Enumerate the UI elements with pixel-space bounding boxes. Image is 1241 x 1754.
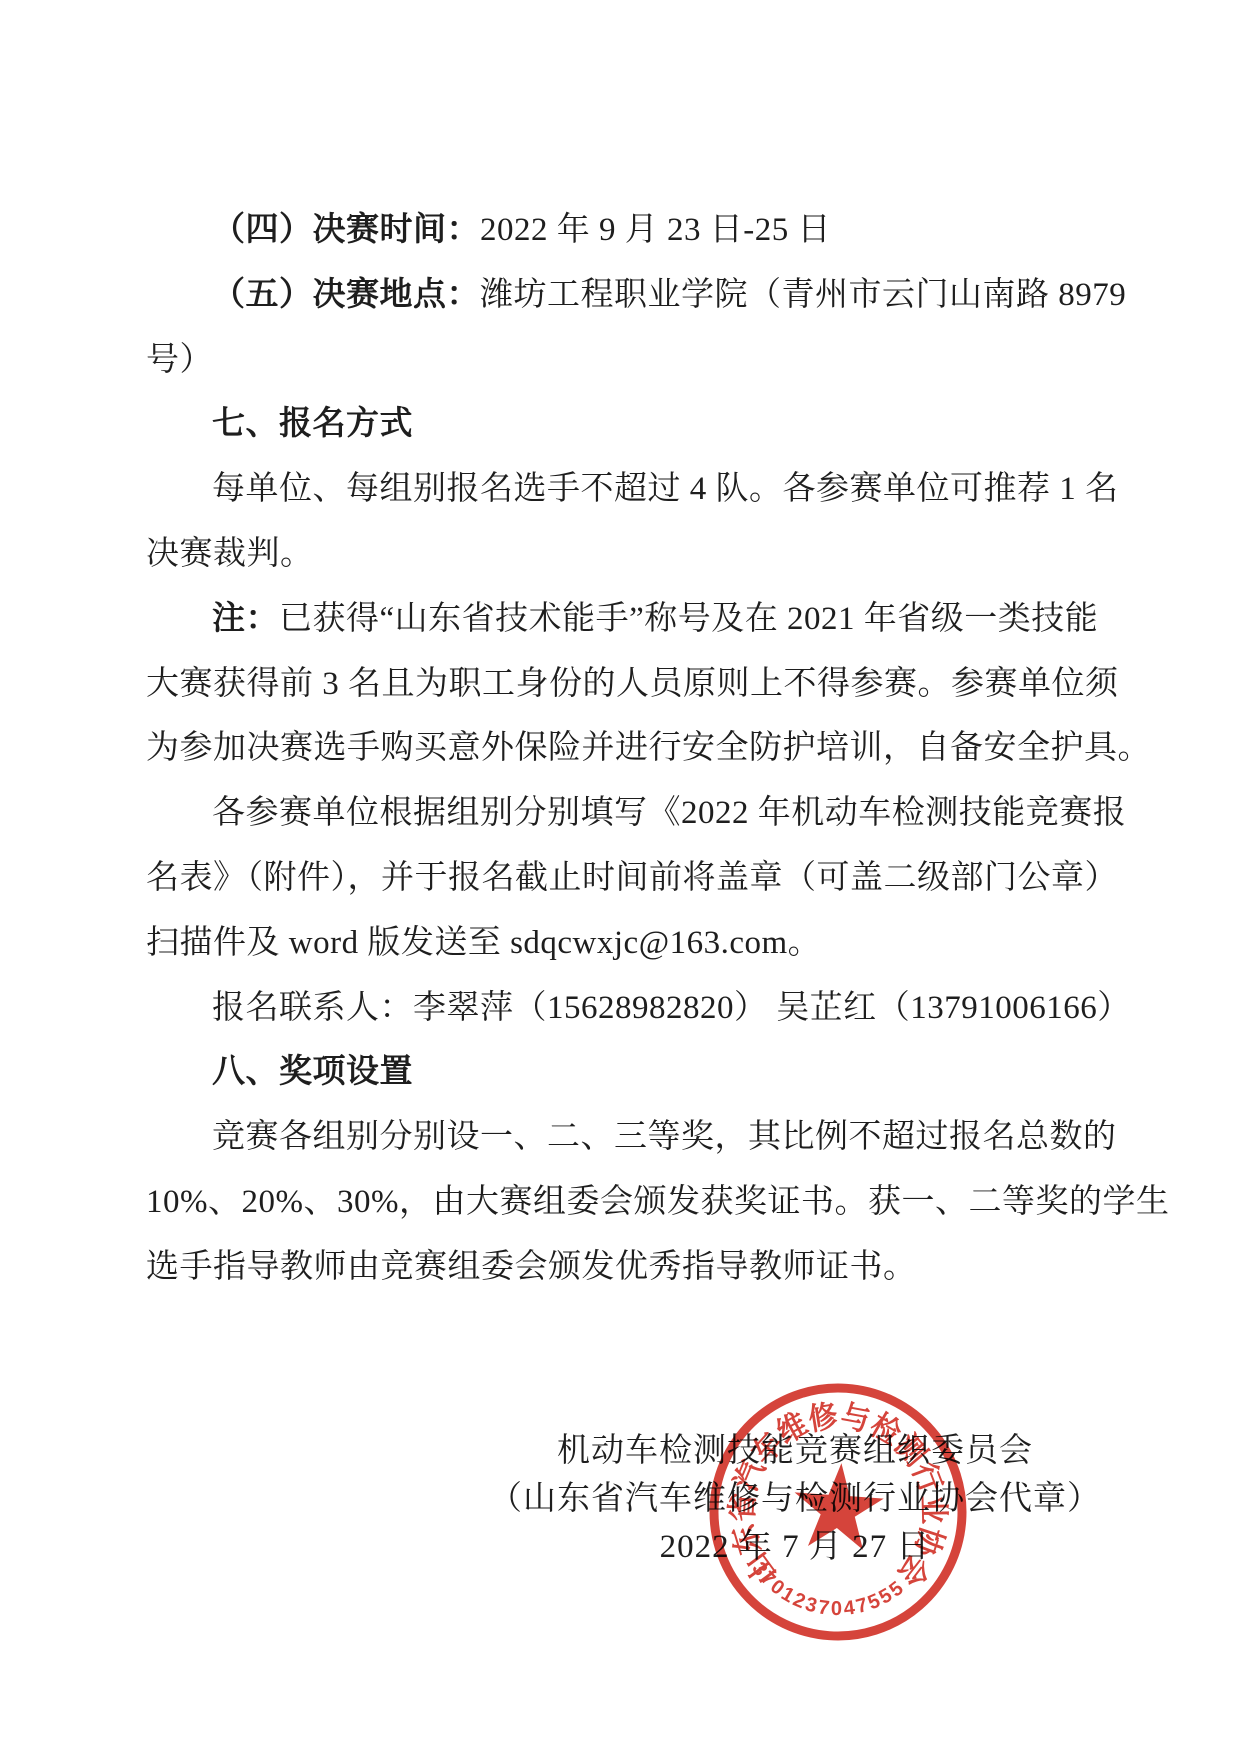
line-text: 已获得“山东省技术能手”称号及在 2021 年省级一类技能 <box>279 601 1098 637</box>
document-body: （四）决赛时间：2022 年 9 月 23 日-25 日 （五）决赛地点：潍坊工… <box>146 198 1106 1300</box>
line-text: 号） <box>146 342 213 378</box>
heading-text: 七、报名方式 <box>212 406 413 442</box>
text-line: 选手指导教师由竞赛组委会颁发优秀指导教师证书。 <box>146 1235 1106 1300</box>
official-seal: 山东省汽车维修与检测行业协会 3701237047555 <box>691 1365 986 1660</box>
text-line: 报名联系人：李翠萍（15628982820） 吴芷红（13791006166） <box>146 976 1106 1041</box>
line-text: 为参加决赛选手购买意外保险并进行安全防护培训，自备安全护具。 <box>146 730 1151 766</box>
line-text: 竞赛各组别分别设一、二、三等奖，其比例不超过报名总数的 <box>212 1119 1117 1155</box>
heading-text: 八、奖项设置 <box>212 1054 413 1090</box>
line-bold-text: （五）决赛地点： <box>212 277 480 313</box>
line-text: 每单位、每组别报名选手不超过 4 队。各参赛单位可推荐 1 名 <box>212 471 1119 507</box>
text-line: 名表》（附件），并于报名截止时间前将盖章（可盖二级部门公章） <box>146 846 1106 911</box>
section-heading: 八、奖项设置 <box>146 1040 1106 1105</box>
line-text: 决赛裁判。 <box>146 536 314 572</box>
line-text: 报名联系人：李翠萍（15628982820） 吴芷红（13791006166） <box>212 990 1131 1026</box>
line-bold-text: （四）决赛时间： <box>212 212 480 248</box>
seal-star-icon <box>791 1460 886 1551</box>
text-line: （四）决赛时间：2022 年 9 月 23 日-25 日 <box>146 198 1106 263</box>
text-line: 10%、20%、30%，由大赛组委会颁发获奖证书。获一、二等奖的学生 <box>146 1170 1106 1235</box>
section-heading: 七、报名方式 <box>146 392 1106 457</box>
text-line: 每单位、每组别报名选手不超过 4 队。各参赛单位可推荐 1 名 <box>146 457 1106 522</box>
line-bold-text: 注： <box>212 601 279 637</box>
text-line: 为参加决赛选手购买意外保险并进行安全防护培训，自备安全护具。 <box>146 716 1106 781</box>
line-text: 各参赛单位根据组别分别填写《2022 年机动车检测技能竞赛报 <box>212 795 1126 831</box>
line-text: 2022 年 9 月 23 日-25 日 <box>480 212 831 248</box>
text-line: 竞赛各组别分别设一、二、三等奖，其比例不超过报名总数的 <box>146 1105 1106 1170</box>
line-text: 10%、20%、30%，由大赛组委会颁发获奖证书。获一、二等奖的学生 <box>146 1184 1169 1220</box>
text-line: 注：已获得“山东省技术能手”称号及在 2021 年省级一类技能 <box>146 587 1106 652</box>
line-text: 潍坊工程职业学院（青州市云门山南路 8979 <box>480 277 1126 313</box>
text-line: 扫描件及 word 版发送至 sdqcwxjc@163.com。 <box>146 911 1106 976</box>
text-line: （五）决赛地点：潍坊工程职业学院（青州市云门山南路 8979 <box>146 263 1106 328</box>
line-text: 名表》（附件），并于报名截止时间前将盖章（可盖二级部门公章） <box>146 860 1118 896</box>
text-line: 大赛获得前 3 名且为职工身份的人员原则上不得参赛。参赛单位须 <box>146 652 1106 717</box>
text-line: 号） <box>146 328 1106 393</box>
text-line: 各参赛单位根据组别分别填写《2022 年机动车检测技能竞赛报 <box>146 781 1106 846</box>
line-text: 扫描件及 word 版发送至 sdqcwxjc@163.com。 <box>146 925 821 961</box>
line-text: 选手指导教师由竞赛组委会颁发优秀指导教师证书。 <box>146 1249 917 1285</box>
document-page: （四）决赛时间：2022 年 9 月 23 日-25 日 （五）决赛地点：潍坊工… <box>0 0 1241 1754</box>
text-line: 决赛裁判。 <box>146 522 1106 587</box>
line-text: 大赛获得前 3 名且为职工身份的人员原则上不得参赛。参赛单位须 <box>146 666 1119 702</box>
